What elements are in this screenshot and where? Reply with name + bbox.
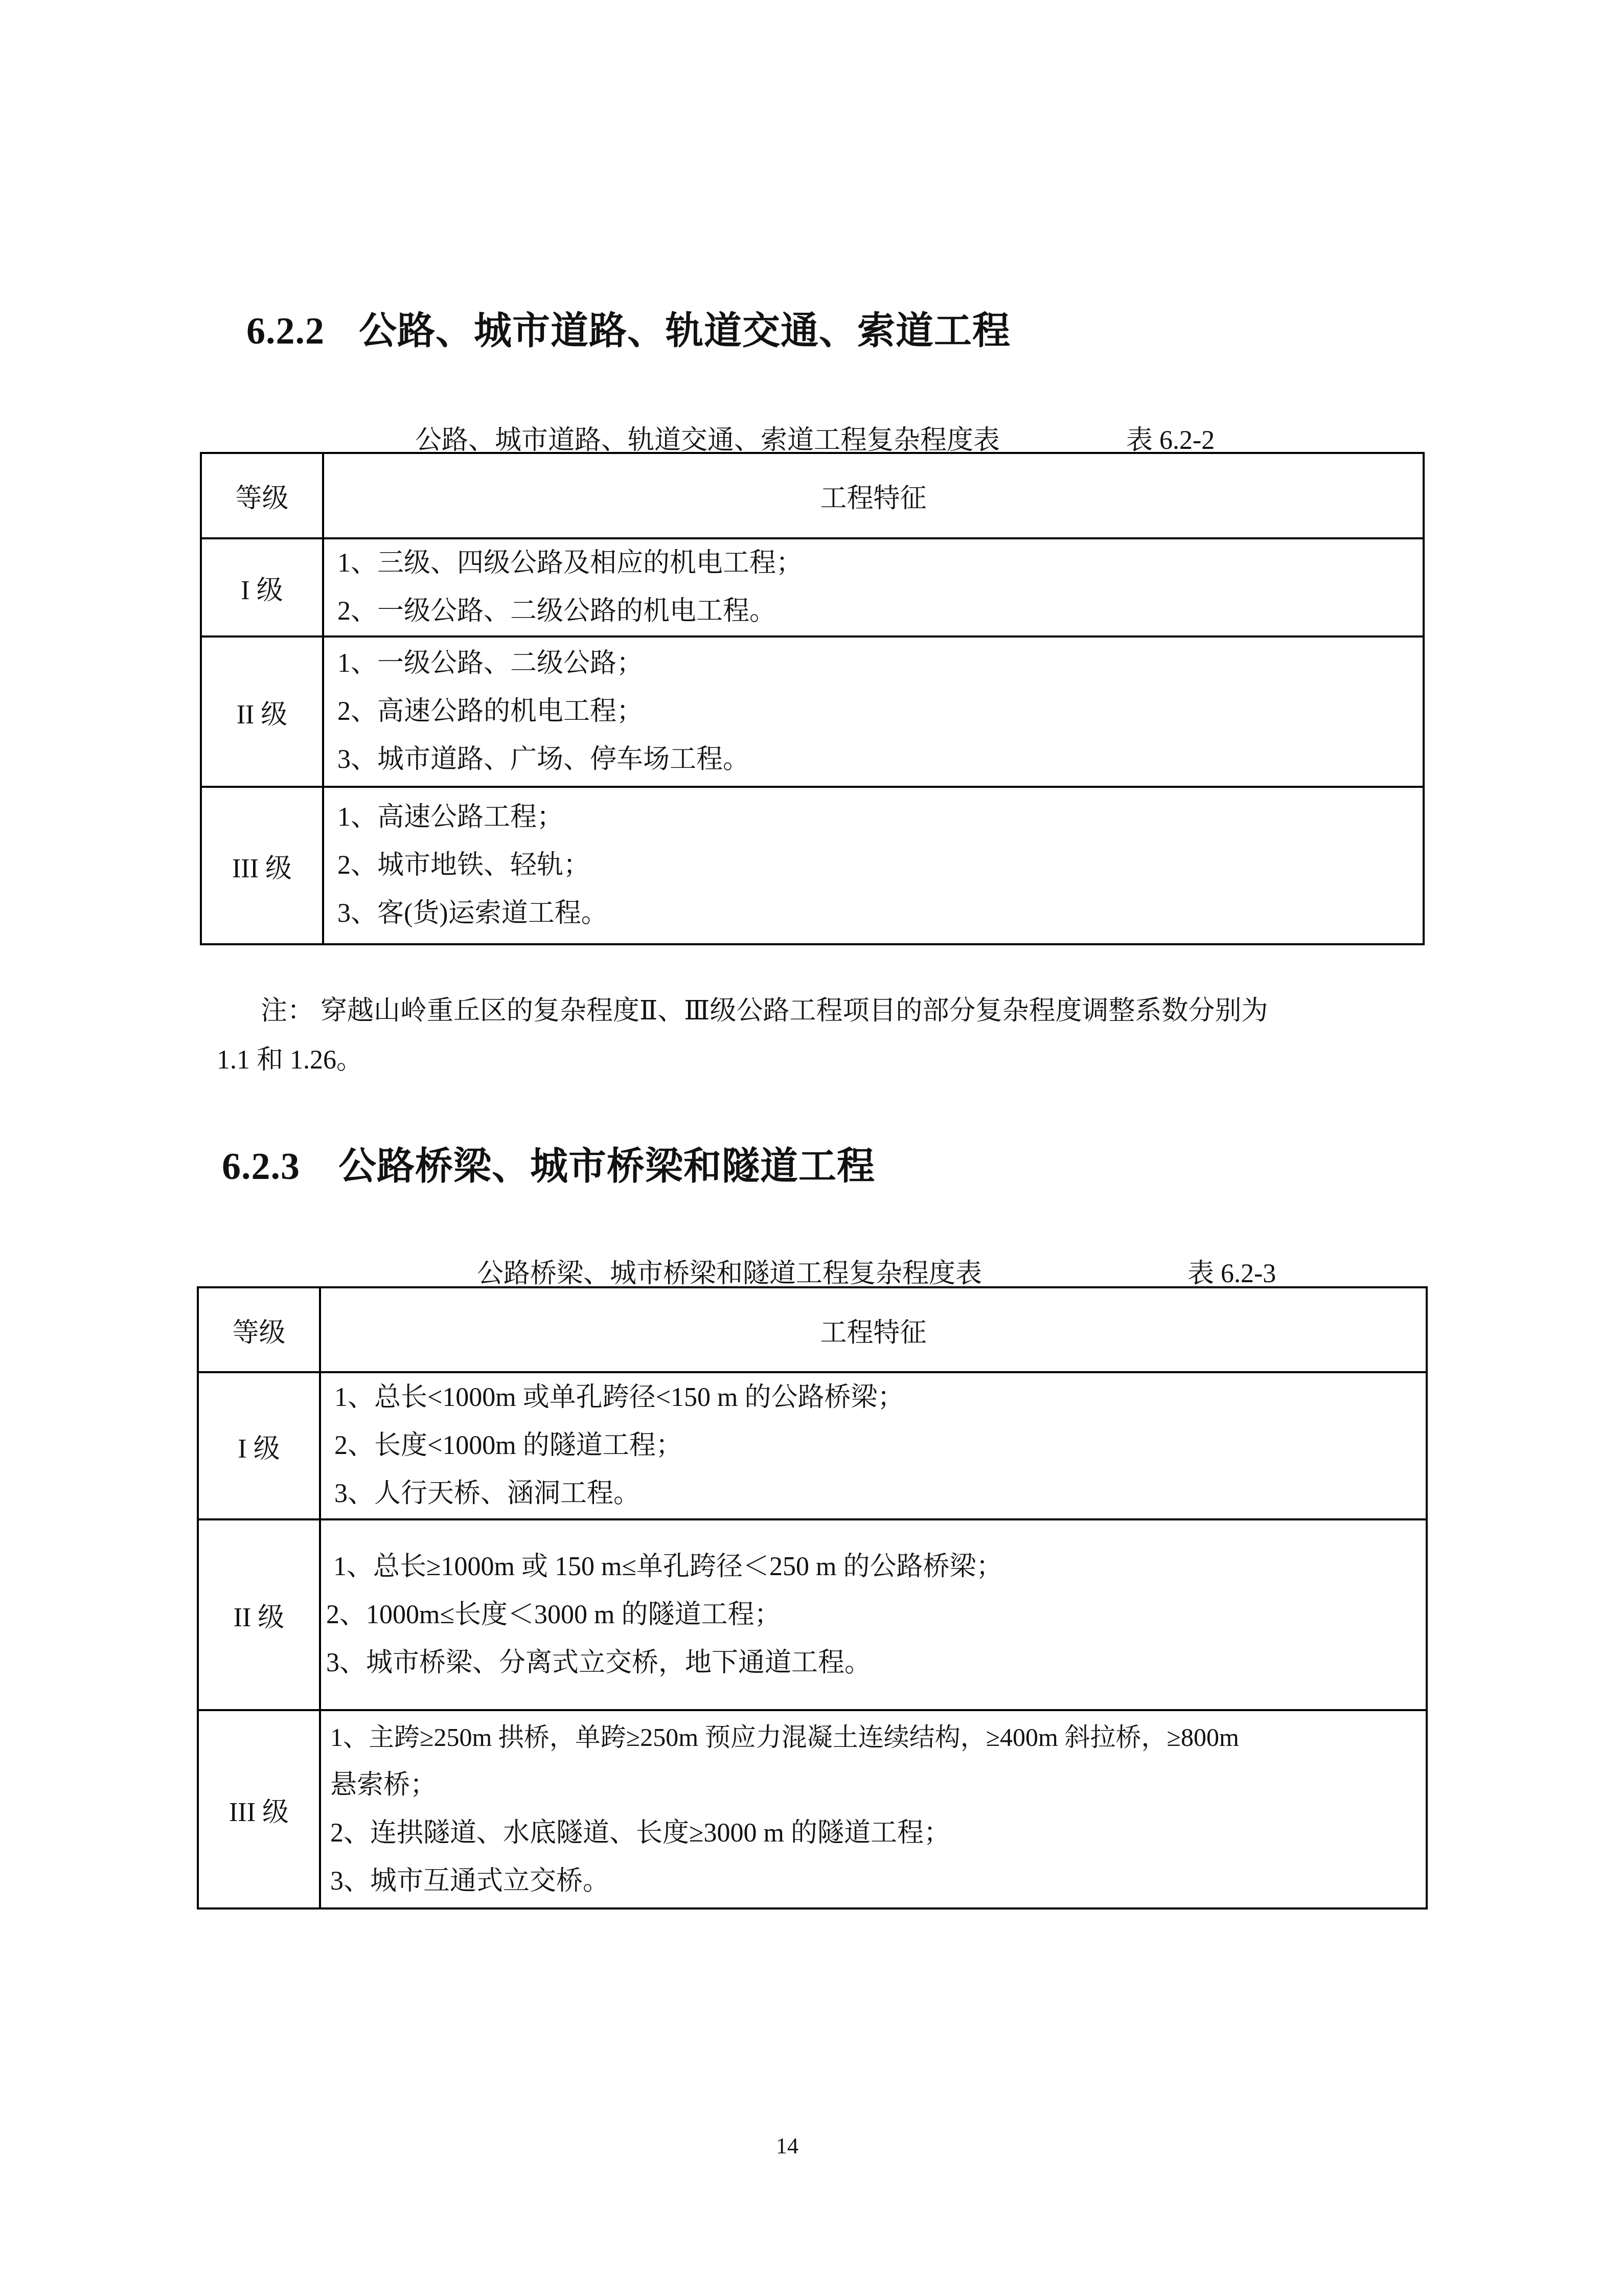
header-grade: 等级 bbox=[201, 453, 323, 538]
feature-item: 2、高速公路的机电工程； bbox=[337, 688, 1415, 736]
feature-item: 2、1000m≤长度＜3000 m 的隧道工程； bbox=[326, 1591, 1419, 1639]
table-caption-6-2-2: 公路、城市道路、轨道交通、索道工程复杂程度表 bbox=[415, 418, 1000, 457]
feature-item: 2、长度<1000m 的隧道工程； bbox=[334, 1422, 1419, 1470]
table-row: II 级 1、一级公路、二级公路； 2、高速公路的机电工程； 3、城市道路、广场… bbox=[201, 636, 1424, 787]
feature-item: 1、总长<1000m 或单孔跨径<150 m 的公路桥梁； bbox=[334, 1374, 1419, 1422]
features-cell: 1、总长≥1000m 或 150 m≤单孔跨径＜250 m 的公路桥梁； 2、1… bbox=[320, 1519, 1427, 1710]
features-cell: 1、主跨≥250m 拱桥，单跨≥250m 预应力混凝土连续结构，≥400m 斜拉… bbox=[320, 1710, 1427, 1908]
feature-item: 1、三级、四级公路及相应的机电工程； bbox=[337, 539, 1415, 587]
feature-item: 3、城市互通式立交桥。 bbox=[330, 1857, 1423, 1905]
table-header-row: 等级 工程特征 bbox=[198, 1287, 1427, 1372]
header-features: 工程特征 bbox=[323, 453, 1424, 538]
section-heading-6-2-2: 6.2.2公路、城市道路、轨道交通、索道工程 bbox=[246, 301, 1011, 355]
grade-cell: III 级 bbox=[198, 1710, 320, 1908]
section-heading-6-2-3: 6.2.3公路桥梁、城市桥梁和隧道工程 bbox=[222, 1136, 875, 1190]
features-cell: 1、高速公路工程； 2、城市地铁、轻轨； 3、客(货)运索道工程。 bbox=[323, 787, 1424, 944]
table-header-row: 等级 工程特征 bbox=[201, 453, 1424, 538]
table-number-6-2-2: 表 6.2-2 bbox=[1126, 418, 1215, 457]
section-title: 公路、城市道路、轨道交通、索道工程 bbox=[359, 310, 1011, 352]
table-caption-6-2-3: 公路桥梁、城市桥梁和隧道工程复杂程度表 bbox=[477, 1252, 982, 1290]
feature-item: 悬索桥； bbox=[330, 1761, 1423, 1809]
feature-item: 2、一级公路、二级公路的机电工程。 bbox=[337, 587, 1415, 635]
feature-item: 1、高速公路工程； bbox=[337, 793, 1415, 842]
feature-item: 1、一级公路、二级公路； bbox=[337, 640, 1415, 688]
header-features: 工程特征 bbox=[320, 1287, 1427, 1372]
table-row: II 级 1、总长≥1000m 或 150 m≤单孔跨径＜250 m 的公路桥梁… bbox=[198, 1519, 1427, 1710]
feature-item: 3、城市道路、广场、停车场工程。 bbox=[337, 736, 1415, 784]
feature-item: 3、城市桥梁、分离式立交桥，地下通道工程。 bbox=[326, 1639, 1419, 1687]
complexity-table-6-2-3: 等级 工程特征 I 级 1、总长<1000m 或单孔跨径<150 m 的公路桥梁… bbox=[197, 1286, 1428, 1909]
feature-item: 1、主跨≥250m 拱桥，单跨≥250m 预应力混凝土连续结构，≥400m 斜拉… bbox=[330, 1713, 1423, 1761]
feature-item: 3、人行天桥、涵洞工程。 bbox=[334, 1470, 1419, 1518]
features-cell: 1、三级、四级公路及相应的机电工程； 2、一级公路、二级公路的机电工程。 bbox=[323, 538, 1424, 636]
grade-cell: II 级 bbox=[198, 1519, 320, 1710]
section-number: 6.2.3 bbox=[222, 1145, 338, 1189]
section-number: 6.2.2 bbox=[246, 310, 359, 353]
grade-cell: I 级 bbox=[201, 538, 323, 636]
complexity-table-6-2-2: 等级 工程特征 I 级 1、三级、四级公路及相应的机电工程； 2、一级公路、二级… bbox=[200, 452, 1425, 945]
table-row: I 级 1、总长<1000m 或单孔跨径<150 m 的公路桥梁； 2、长度<1… bbox=[198, 1372, 1427, 1519]
note-line-1: 注： 穿越山岭重丘区的复杂程度Ⅱ、Ⅲ级公路工程项目的部分复杂程度调整系数分别为 bbox=[261, 987, 1268, 1036]
table-row: I 级 1、三级、四级公路及相应的机电工程； 2、一级公路、二级公路的机电工程。 bbox=[201, 538, 1424, 636]
note-line-2: 1.1 和 1.26。 bbox=[217, 1036, 363, 1085]
features-cell: 1、一级公路、二级公路； 2、高速公路的机电工程； 3、城市道路、广场、停车场工… bbox=[323, 636, 1424, 787]
table-number-6-2-3: 表 6.2-3 bbox=[1187, 1252, 1276, 1290]
grade-cell: III 级 bbox=[201, 787, 323, 944]
table-row: III 级 1、主跨≥250m 拱桥，单跨≥250m 预应力混凝土连续结构，≥4… bbox=[198, 1710, 1427, 1908]
table-row: III 级 1、高速公路工程； 2、城市地铁、轻轨； 3、客(货)运索道工程。 bbox=[201, 787, 1424, 944]
feature-item: 2、连拱隧道、水底隧道、长度≥3000 m 的隧道工程； bbox=[330, 1809, 1423, 1857]
page-number: 14 bbox=[776, 2133, 798, 2159]
feature-item: 1、总长≥1000m 或 150 m≤单孔跨径＜250 m 的公路桥梁； bbox=[326, 1543, 1419, 1591]
grade-cell: I 级 bbox=[198, 1372, 320, 1519]
grade-cell: II 级 bbox=[201, 636, 323, 787]
features-cell: 1、总长<1000m 或单孔跨径<150 m 的公路桥梁； 2、长度<1000m… bbox=[320, 1372, 1427, 1519]
feature-item: 2、城市地铁、轻轨； bbox=[337, 842, 1415, 890]
table-caption-text: 公路、城市道路、轨道交通、索道工程复杂程度表 bbox=[415, 426, 1000, 455]
section-title: 公路桥梁、城市桥梁和隧道工程 bbox=[338, 1146, 875, 1188]
feature-item: 3、客(货)运索道工程。 bbox=[337, 890, 1415, 938]
header-grade: 等级 bbox=[198, 1287, 320, 1372]
